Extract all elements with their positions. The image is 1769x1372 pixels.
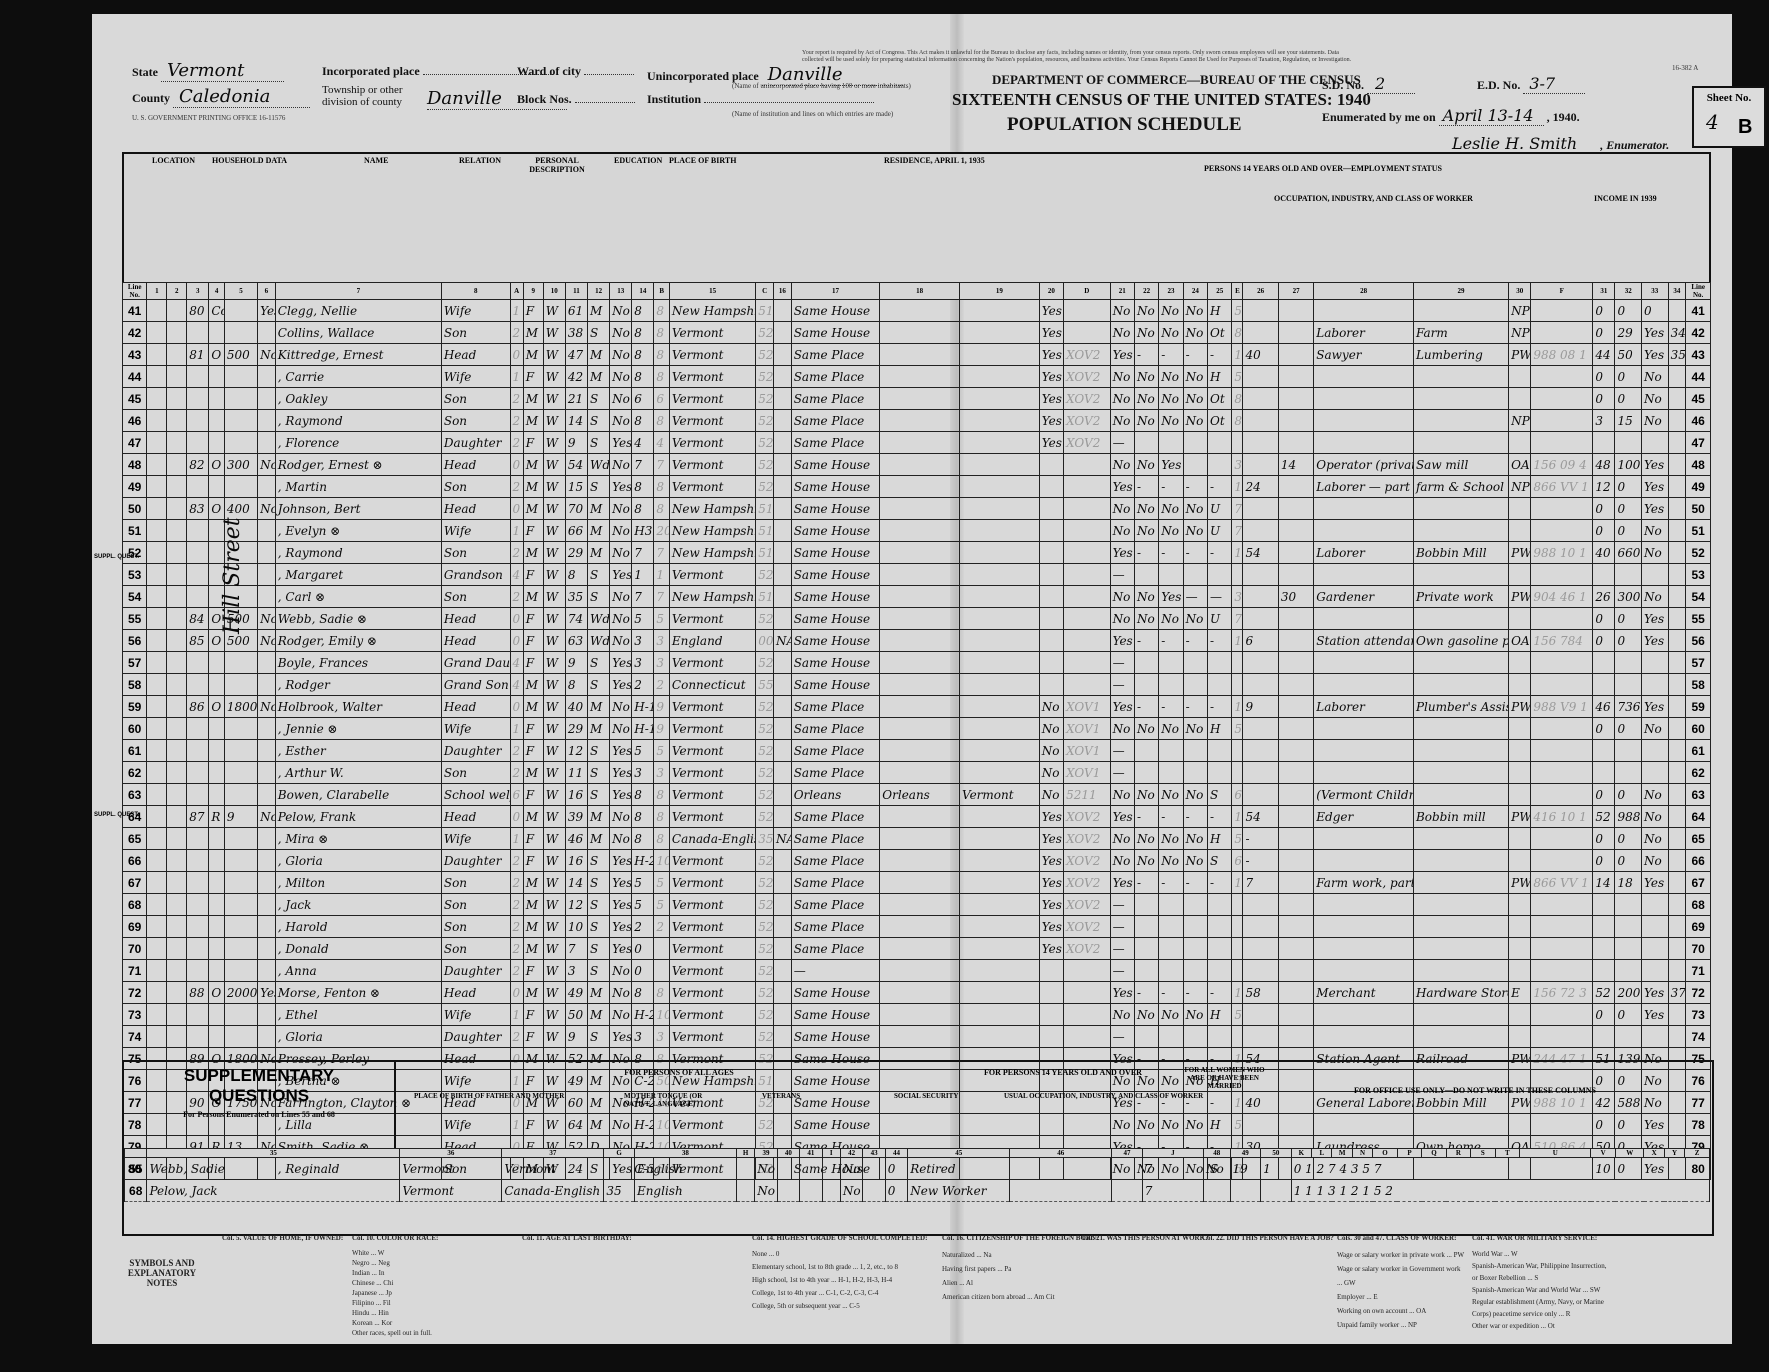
line-number: 41 (123, 300, 147, 322)
cell-e24: No (1183, 388, 1207, 410)
cell-hh (187, 322, 209, 344)
cell-street (147, 322, 167, 344)
note-item: Elementary school, 1st to 8th grade ... … (752, 1261, 922, 1274)
cell-wage (1615, 432, 1642, 454)
cell-sch: No (610, 300, 632, 322)
cell-a: 2 (510, 388, 523, 410)
cell-age: 35 (565, 586, 587, 608)
cell-name: , Margaret (275, 564, 441, 586)
cell-val (224, 410, 257, 432)
cell-e25: H (1208, 366, 1232, 388)
cell-c: 52 (756, 410, 774, 432)
cell-b: 8 (654, 322, 670, 344)
cell-race: W (543, 806, 565, 828)
supplementary-title-box: SUPPLEMENTARY QUESTIONS For Persons Enum… (124, 1062, 396, 1148)
cell-own (209, 894, 225, 916)
institution-field: Institution (647, 92, 874, 107)
cell-d: XOV2 (1064, 806, 1111, 828)
cell-street (147, 894, 167, 916)
cell-wks: 3 (1593, 410, 1615, 432)
supp-cell-ss44: 0 (885, 1158, 907, 1180)
cell-farm (258, 872, 276, 894)
cell-cit (774, 718, 792, 740)
cell-e23: - (1159, 872, 1183, 894)
cell-c: 52 (756, 850, 774, 872)
cell-rel: School welfare Boarder (441, 784, 510, 806)
cell-age: 10 (565, 916, 587, 938)
cell-d (1064, 454, 1111, 476)
group-all-ages: FOR PERSONS OF ALL AGES (399, 1068, 959, 1077)
cell-ec (1232, 916, 1243, 938)
cell-b: 7 (654, 454, 670, 476)
col-header: 8 (441, 283, 510, 300)
cell-sch: No (610, 410, 632, 432)
cell-own (209, 388, 225, 410)
cell-mar: S (588, 850, 610, 872)
cell-rel: Son (441, 938, 510, 960)
cell-b: 8 (654, 344, 670, 366)
cell-e27 (1278, 1004, 1313, 1026)
cell-ec (1232, 762, 1243, 784)
cell-pob: New Hampshire (669, 498, 755, 520)
cell-own (209, 432, 225, 454)
cell-code (1531, 960, 1593, 982)
cell-fs (1668, 806, 1686, 828)
cell-res: Same House (791, 542, 880, 564)
note-item: Wage or salary worker in private work ..… (1337, 1248, 1467, 1262)
cell-b: 8 (654, 498, 670, 520)
cell-wage: 2000 (1615, 982, 1642, 1004)
cell-mar: S (588, 894, 610, 916)
cell-e25 (1208, 960, 1232, 982)
cell-e26: 40 (1243, 344, 1278, 366)
cell-e24 (1183, 454, 1207, 476)
cell-street (147, 1004, 167, 1026)
cell-res: — (791, 960, 880, 982)
cell-hh: 82 (187, 454, 209, 476)
cell-occ (1314, 652, 1414, 674)
cell-farm (258, 674, 276, 696)
cell-e22 (1134, 762, 1158, 784)
cell-co (880, 586, 960, 608)
note-item: American citizen born abroad ... Am Cit (942, 1290, 1062, 1304)
cell-occ: Merchant (1314, 982, 1414, 1004)
table-row: 63Bowen, ClarabelleSchool welfare Boarde… (123, 784, 1711, 806)
cell-sex: M (523, 476, 543, 498)
cell-wks: 0 (1593, 388, 1615, 410)
cell-e26 (1243, 322, 1278, 344)
cell-cls (1509, 520, 1531, 542)
cell-cit (774, 344, 792, 366)
cell-a: 2 (510, 586, 523, 608)
cell-val (224, 762, 257, 784)
cell-fs (1668, 564, 1686, 586)
cell-gr: 8 (632, 982, 654, 1004)
cell-f35: Yes (1039, 872, 1063, 894)
cell-e22: - (1134, 344, 1158, 366)
note-col30-list: Wage or salary worker in private work ..… (1337, 1248, 1467, 1332)
supp-cell-w48: No (1203, 1158, 1230, 1180)
supp-col-header: G (604, 1149, 635, 1158)
cell-wks: 52 (1593, 806, 1615, 828)
cell-oth: No (1642, 828, 1669, 850)
cell-b: 8 (654, 806, 670, 828)
cell-house (167, 784, 187, 806)
cell-mar: S (588, 960, 610, 982)
cell-rel: Son (441, 872, 510, 894)
cell-cls (1509, 432, 1531, 454)
cell-gr: 2 (632, 916, 654, 938)
cell-e26: - (1243, 828, 1278, 850)
cell-a: 2 (510, 740, 523, 762)
cell-e26: 58 (1243, 982, 1278, 1004)
cell-street (147, 828, 167, 850)
cell-hh (187, 652, 209, 674)
cell-farm (258, 960, 276, 982)
cell-hh (187, 586, 209, 608)
cell-co (880, 762, 960, 784)
cell-sch: No (610, 542, 632, 564)
cell-hh (187, 1004, 209, 1026)
cell-gr: 2 (632, 674, 654, 696)
cell-oth: Yes (1642, 1004, 1669, 1026)
supp-cell-code: 35 (604, 1180, 635, 1202)
cell-f35 (1039, 454, 1063, 476)
cell-co (880, 432, 960, 454)
cell-gr: 8 (632, 344, 654, 366)
cell-mar: M (588, 366, 610, 388)
cell-farm (258, 388, 276, 410)
sheet-label: Sheet No. (1694, 92, 1764, 104)
cell-e22: No (1134, 520, 1158, 542)
cell-st (960, 762, 1040, 784)
cell-e22 (1134, 564, 1158, 586)
cell-e26: 24 (1243, 476, 1278, 498)
cell-pob: Vermont (669, 1026, 755, 1048)
cell-code: 988 08 1 (1531, 344, 1593, 366)
cell-cls: PW (1509, 806, 1531, 828)
cell-e24 (1183, 762, 1207, 784)
act-notice: Your report is required by Act of Congre… (802, 50, 1362, 64)
cell-sex: M (523, 762, 543, 784)
cell-race: W (543, 1004, 565, 1026)
cell-ec: 8 (1232, 388, 1243, 410)
table-row: 70, DonaldSon2MW7SYes0Vermont52Same Plac… (123, 938, 1711, 960)
cell-wage (1615, 762, 1642, 784)
cell-wage: 0 (1615, 498, 1642, 520)
cell-age: 29 (565, 718, 587, 740)
cell-own (209, 652, 225, 674)
cell-f35: No (1039, 696, 1063, 718)
cell-name: , Oakley (275, 388, 441, 410)
cell-e24: No (1183, 410, 1207, 432)
cell-mar: S (588, 586, 610, 608)
cell-mar: S (588, 916, 610, 938)
cell-ec (1232, 938, 1243, 960)
cell-wks: 40 (1593, 542, 1615, 564)
table-row: 66, GloriaDaughter2FW16SYesH-210Vermont5… (123, 850, 1711, 872)
cell-b: 9 (654, 718, 670, 740)
cell-fs (1668, 300, 1686, 322)
line-number: 50 (123, 498, 147, 520)
cell-sch: Yes (610, 938, 632, 960)
cell-ind (1413, 762, 1508, 784)
suppl-quest-marker-68: SUPPL. QUEST. (94, 812, 139, 818)
note-col30: Cols. 30 and 47. CLASS OF WORKER: (1337, 1234, 1456, 1242)
cell-race: W (543, 476, 565, 498)
cell-wks (1593, 740, 1615, 762)
cell-own: O (209, 696, 225, 718)
cell-sch: Yes (610, 784, 632, 806)
cell-pob: Vermont (669, 872, 755, 894)
cell-occ: Sawyer (1314, 344, 1414, 366)
cell-race: W (543, 1026, 565, 1048)
note-item: Regular establishment (Army, Navy, or Ma… (1472, 1296, 1612, 1320)
note-item: Wage or salary worker in Government work… (1337, 1262, 1467, 1290)
cell-sex: F (523, 520, 543, 542)
cell-wks: 0 (1593, 718, 1615, 740)
cell-res: Same Place (791, 762, 880, 784)
cell-fs (1668, 850, 1686, 872)
cell-rel: Son (441, 388, 510, 410)
cell-e27 (1278, 432, 1313, 454)
cell-street (147, 366, 167, 388)
cell-mar: M (588, 806, 610, 828)
cell-pob: Vermont (669, 476, 755, 498)
cell-cit (774, 432, 792, 454)
note-item: College, 5th or subsequent year ... C-5 (752, 1300, 922, 1313)
cell-occ (1314, 828, 1414, 850)
cell-age: 21 (565, 388, 587, 410)
cell-farm (258, 894, 276, 916)
note-item: Filipino ... Fil (352, 1298, 502, 1308)
cell-a: 0 (510, 344, 523, 366)
cell-d (1064, 300, 1111, 322)
cell-st (960, 894, 1040, 916)
cell-code (1531, 432, 1593, 454)
cell-house (167, 476, 187, 498)
cell-e26 (1243, 564, 1278, 586)
cell-val (224, 960, 257, 982)
supp-col-header: 47 (1112, 1149, 1143, 1158)
cell-cit (774, 498, 792, 520)
cell-e27 (1278, 344, 1313, 366)
cell-race: W (543, 564, 565, 586)
line-number: 63 (1686, 784, 1711, 806)
ward-field: Ward of city (517, 64, 634, 79)
table-row: 45, OakleySon2MW21SNo66Vermont52Same Pla… (123, 388, 1711, 410)
cell-mar: S (588, 564, 610, 586)
cell-ec: 3 (1232, 454, 1243, 476)
cell-gr: 4 (632, 432, 654, 454)
cell-c: 52 (756, 960, 774, 982)
note-item: College, 1st to 4th year ... C-1, C-2, C… (752, 1287, 922, 1300)
cell-e25: H (1208, 1004, 1232, 1026)
cell-e27 (1278, 872, 1313, 894)
line-number: 53 (123, 564, 147, 586)
cell-e23 (1159, 938, 1183, 960)
cell-house (167, 960, 187, 982)
cell-sch: Yes (610, 564, 632, 586)
cell-ind (1413, 388, 1508, 410)
cell-st (960, 960, 1040, 982)
cell-cit (774, 982, 792, 1004)
cell-pob: New Hampshire (669, 300, 755, 322)
cell-val (224, 432, 257, 454)
cell-occ (1314, 916, 1414, 938)
supp-col-header: 42 (840, 1149, 862, 1158)
cell-st (960, 828, 1040, 850)
cell-e27 (1278, 630, 1313, 652)
cell-b: 8 (654, 476, 670, 498)
cell-farm: No (258, 608, 276, 630)
cell-val (224, 718, 257, 740)
cell-wage: 300 (1615, 586, 1642, 608)
cell-d (1064, 498, 1111, 520)
cell-fs (1668, 520, 1686, 542)
cell-house (167, 938, 187, 960)
cell-race: W (543, 388, 565, 410)
cell-farm (258, 586, 276, 608)
cell-ind (1413, 1004, 1508, 1026)
col-header: 1 (147, 283, 167, 300)
cell-ec (1232, 960, 1243, 982)
table-row: 71, AnnaDaughter2FW3SNo0Vermont52——71 (123, 960, 1711, 982)
col-header: 16 (774, 283, 792, 300)
cell-wks: 0 (1593, 498, 1615, 520)
cell-e21: No (1110, 366, 1134, 388)
cell-e23: - (1159, 344, 1183, 366)
cell-st (960, 608, 1040, 630)
cell-a: 2 (510, 410, 523, 432)
cell-d (1064, 674, 1111, 696)
cell-house (167, 872, 187, 894)
cell-cls: PW (1509, 344, 1531, 366)
cell-ec (1232, 432, 1243, 454)
cell-code (1531, 410, 1593, 432)
note-item: Negro ... Neg (352, 1258, 502, 1268)
cell-cls: NP (1509, 300, 1531, 322)
cell-oth: Yes (1642, 476, 1669, 498)
cell-occ: Farm work, part time School (1314, 872, 1414, 894)
col-header: B (654, 283, 670, 300)
cell-st (960, 982, 1040, 1004)
line-number: 45 (123, 388, 147, 410)
cell-occ (1314, 762, 1414, 784)
cell-st (960, 916, 1040, 938)
supp-cell-lang: English (634, 1158, 736, 1180)
cell-d: XOV2 (1064, 894, 1111, 916)
sd-field: S.D. No. 2 (1322, 74, 1415, 93)
line-number: 43 (123, 344, 147, 366)
cell-e25: Ot (1208, 410, 1232, 432)
cell-e25: — (1208, 586, 1232, 608)
cell-co (880, 740, 960, 762)
cell-e27 (1278, 828, 1313, 850)
note-item: Hindu ... Hin (352, 1308, 502, 1318)
cell-e22 (1134, 652, 1158, 674)
cell-e22: No (1134, 1004, 1158, 1026)
cell-wks: 48 (1593, 454, 1615, 476)
cell-wks: 0 (1593, 850, 1615, 872)
cell-ind (1413, 608, 1508, 630)
cell-sex: F (523, 630, 543, 652)
cell-f35: Yes (1039, 850, 1063, 872)
cell-c: 52 (756, 388, 774, 410)
cell-gr: 5 (632, 608, 654, 630)
cell-f35 (1039, 1026, 1063, 1048)
cell-oth: Yes (1642, 630, 1669, 652)
cell-cit (774, 300, 792, 322)
cell-e22: - (1134, 982, 1158, 1004)
cell-hh (187, 872, 209, 894)
cell-sch: Yes (610, 432, 632, 454)
cell-b (654, 938, 670, 960)
cell-res: Same House (791, 322, 880, 344)
cell-pob: Vermont (669, 938, 755, 960)
cell-cls (1509, 960, 1531, 982)
cell-mar: M (588, 498, 610, 520)
cell-f35 (1039, 982, 1063, 1004)
table-row: 74, GloriaDaughter2FW9SYes33Vermont52Sam… (123, 1026, 1711, 1048)
supp-col-header: V (1591, 1149, 1615, 1158)
cell-cit (774, 652, 792, 674)
cell-c: 52 (756, 476, 774, 498)
cell-gr: 5 (632, 894, 654, 916)
cell-val (224, 916, 257, 938)
cell-cls (1509, 674, 1531, 696)
cell-own (209, 916, 225, 938)
cell-e26 (1243, 498, 1278, 520)
cell-e22: - (1134, 542, 1158, 564)
cell-name: Morse, Fenton ⊗ (275, 982, 441, 1004)
cell-ind: Private work (1413, 586, 1508, 608)
cell-name: Clegg, Nellie (275, 300, 441, 322)
cell-e25: H (1208, 300, 1232, 322)
supp-cell-cls (1112, 1180, 1143, 1202)
cell-f35: Yes (1039, 432, 1063, 454)
cell-wage: 18 (1615, 872, 1642, 894)
col-header: Line No. (123, 283, 147, 300)
cell-e23: No (1159, 322, 1183, 344)
cell-e25 (1208, 894, 1232, 916)
cell-ec: 1 (1232, 872, 1243, 894)
cell-rel: Daughter (441, 740, 510, 762)
cell-e27 (1278, 806, 1313, 828)
cell-gr: 5 (632, 740, 654, 762)
cell-e27 (1278, 300, 1313, 322)
cell-hh (187, 850, 209, 872)
cell-hh: 86 (187, 696, 209, 718)
line-number: 63 (123, 784, 147, 806)
cell-own (209, 872, 225, 894)
cell-rel: Head (441, 498, 510, 520)
line-number: 61 (1686, 740, 1711, 762)
cell-e24: No (1183, 366, 1207, 388)
cell-e24 (1183, 740, 1207, 762)
supp-col-header: M (1332, 1149, 1352, 1158)
table-row: 58, RodgerGrand Son4MW8SYes22Connecticut… (123, 674, 1711, 696)
cell-e22 (1134, 432, 1158, 454)
cell-fs (1668, 410, 1686, 432)
cell-wks: 0 (1593, 300, 1615, 322)
cell-sex: M (523, 806, 543, 828)
cell-val (224, 1004, 257, 1026)
cell-occ (1314, 564, 1414, 586)
cell-rel: Wife (441, 300, 510, 322)
line-number: 72 (1686, 982, 1711, 1004)
cell-race: W (543, 828, 565, 850)
